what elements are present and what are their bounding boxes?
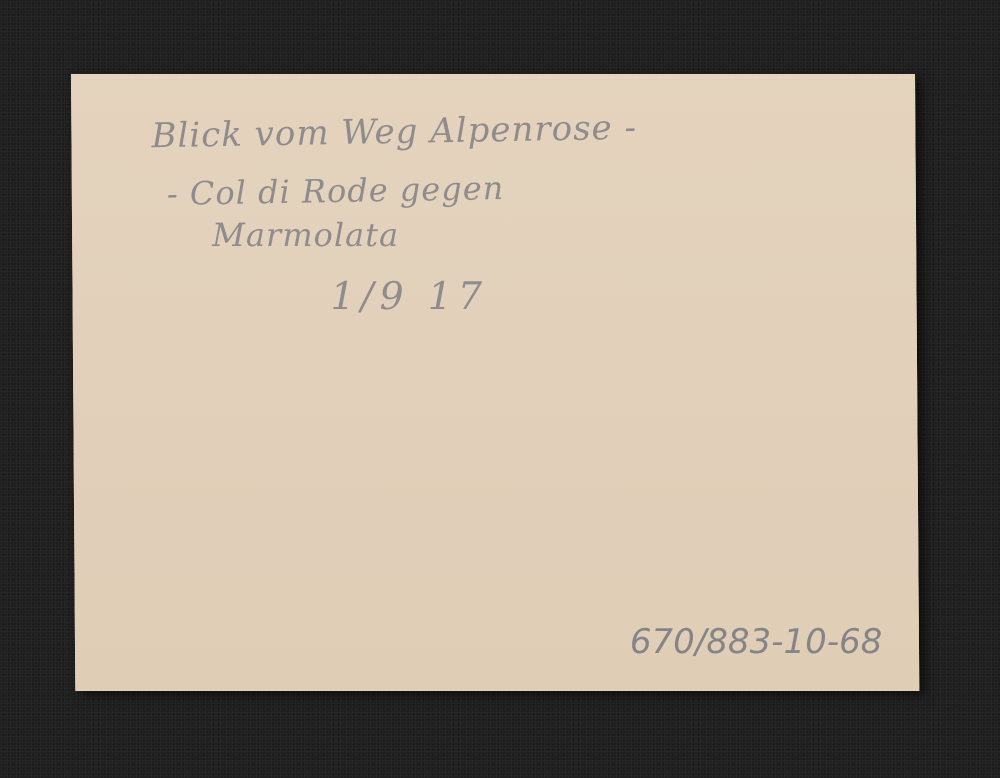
archive-number: 670/883-10-68: [630, 622, 883, 662]
caption-line-1: Blick vom Weg Alpenrose -: [151, 108, 637, 156]
photo-card-back: Blick vom Weg Alpenrose - - Col di Rode …: [71, 74, 919, 691]
caption-line-2: - Col di Rode gegen: [166, 169, 504, 213]
handwritten-date: 1/9 17: [330, 274, 488, 318]
caption-line-3: Marmolata: [212, 216, 399, 254]
